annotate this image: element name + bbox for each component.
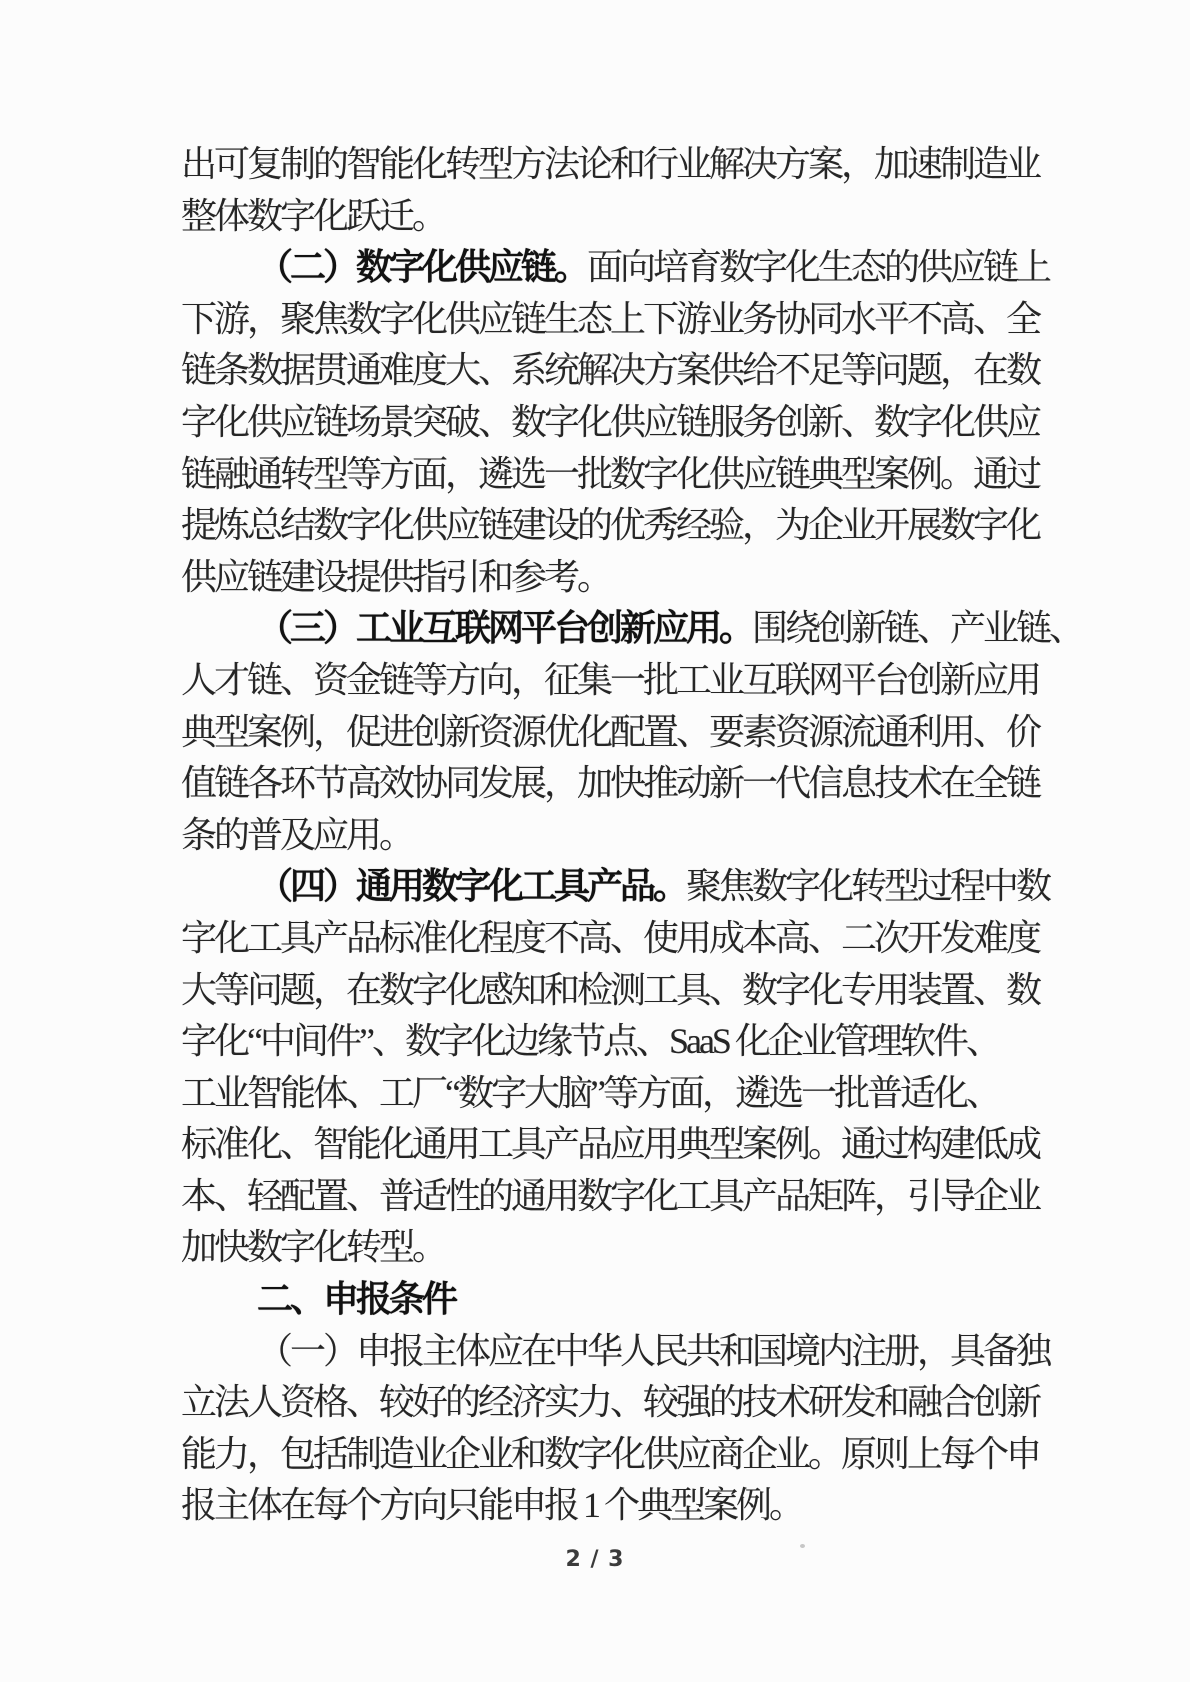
line-text: 人才链、资金链等方向，征集一批工业互联网平台创新应用 [181, 660, 1039, 700]
section-heading: （三）工业互联网平台创新应用。 [257, 608, 752, 648]
text-line: 链条数据贯通难度大、系统解决方案供给不足等问题，在数 [181, 345, 1061, 397]
text-line: 人才链、资金链等方向，征集一批工业互联网平台创新应用 [181, 655, 1061, 707]
text-line-with-heading: 二、申报条件 [181, 1274, 1061, 1326]
line-text: 典型案例，促进创新资源优化配置、要素资源流通利用、价 [181, 712, 1039, 752]
text-line: 大等问题，在数字化感知和检测工具、数字化专用装置、数 [181, 965, 1061, 1017]
line-text: 下游，聚焦数字化供应链生态上下游业务协同水平不高、全 [181, 299, 1039, 339]
line-text: 工业智能体、工厂“数字大脑”等方面，遴选一批普适化、 [181, 1073, 999, 1113]
text-line: 字化供应链场景突破、数字化供应链服务创新、数字化供应 [181, 397, 1061, 449]
text-line: 能力，包括制造业企业和数字化供应商企业。原则上每个申 [181, 1429, 1061, 1481]
text-line: 工业智能体、工厂“数字大脑”等方面，遴选一批普适化、 [181, 1068, 1061, 1120]
line-text: 字化工具产品标准化程度不高、使用成本高、二次开发难度 [181, 918, 1039, 958]
text-line: 典型案例，促进创新资源优化配置、要素资源流通利用、价 [181, 707, 1061, 759]
line-text: 条的普及应用。 [181, 815, 412, 855]
text-line: 下游，聚焦数字化供应链生态上下游业务协同水平不高、全 [181, 294, 1061, 346]
line-text: 报主体在每个方向只能申报 1 个典型案例。 [181, 1485, 802, 1525]
document-page: 出可复制的智能化转型方法论和行业解决方案，加速制造业整体数字化跃迁。（二）数字化… [0, 0, 1190, 1682]
line-text: （一）申报主体应在中华人民共和国境内注册，具备独 [257, 1331, 1049, 1371]
text-line-with-heading: （四）通用数字化工具产品。聚焦数字化转型过程中数 [181, 861, 1061, 913]
text-line-with-heading: （三）工业互联网平台创新应用。围绕创新链、产业链、 [181, 603, 1061, 655]
line-text: 提炼总结数字化供应链建设的优秀经验，为企业开展数字化 [181, 505, 1039, 545]
text-line: 链融通转型等方面，遴选一批数字化供应链典型案例。通过 [181, 449, 1061, 501]
line-text: 整体数字化跃迁。 [181, 196, 445, 236]
text-line: 字化“中间件”、数字化边缘节点、SaaS 化企业管理软件、 [181, 1016, 1061, 1068]
page-number: 2 / 3 [0, 1547, 1190, 1572]
text-line: 本、轻配置、普适性的通用数字化工具产品矩阵，引导企业 [181, 1171, 1061, 1223]
text-line-with-heading: （二）数字化供应链。面向培育数字化生态的供应链上 [181, 242, 1061, 294]
line-text: 加快数字化转型。 [181, 1227, 445, 1267]
text-line: 值链各环节高效协同发展，加快推动新一代信息技术在全链 [181, 758, 1061, 810]
text-line: 提炼总结数字化供应链建设的优秀经验，为企业开展数字化 [181, 500, 1061, 552]
line-text: 能力，包括制造业企业和数字化供应商企业。原则上每个申 [181, 1434, 1039, 1474]
line-text: 聚焦数字化转型过程中数 [686, 866, 1049, 906]
text-line: 整体数字化跃迁。 [181, 191, 1061, 243]
line-text: 值链各环节高效协同发展，加快推动新一代信息技术在全链 [181, 763, 1039, 803]
line-text: 链条数据贯通难度大、系统解决方案供给不足等问题，在数 [181, 350, 1039, 390]
line-text: 围绕创新链、产业链、 [752, 608, 1082, 648]
line-text: 面向培育数字化生态的供应链上 [587, 247, 1049, 287]
text-line: 报主体在每个方向只能申报 1 个典型案例。 [181, 1480, 1061, 1532]
line-text: 字化供应链场景突破、数字化供应链服务创新、数字化供应 [181, 402, 1039, 442]
section-heading: （二）数字化供应链。 [257, 247, 587, 287]
scan-artifact-dot [800, 1544, 805, 1548]
line-text: 标准化、智能化通用工具产品应用典型案例。通过构建低成 [181, 1124, 1039, 1164]
line-text: 出可复制的智能化转型方法论和行业解决方案，加速制造业 [181, 144, 1039, 184]
line-text: 本、轻配置、普适性的通用数字化工具产品矩阵，引导企业 [181, 1176, 1039, 1216]
document-body: 出可复制的智能化转型方法论和行业解决方案，加速制造业整体数字化跃迁。（二）数字化… [181, 139, 1061, 1532]
text-line: 出可复制的智能化转型方法论和行业解决方案，加速制造业 [181, 139, 1061, 191]
text-line: 立法人资格、较好的经济实力、较强的技术研发和融合创新 [181, 1377, 1061, 1429]
line-text: 大等问题，在数字化感知和检测工具、数字化专用装置、数 [181, 970, 1039, 1010]
line-text: 立法人资格、较好的经济实力、较强的技术研发和融合创新 [181, 1382, 1039, 1422]
section-heading: （四）通用数字化工具产品。 [257, 866, 686, 906]
text-line: 供应链建设提供指引和参考。 [181, 552, 1061, 604]
text-line: 字化工具产品标准化程度不高、使用成本高、二次开发难度 [181, 913, 1061, 965]
text-line: 标准化、智能化通用工具产品应用典型案例。通过构建低成 [181, 1119, 1061, 1171]
text-line: 条的普及应用。 [181, 810, 1061, 862]
text-line: 加快数字化转型。 [181, 1222, 1061, 1274]
line-text: 字化“中间件”、数字化边缘节点、SaaS 化企业管理软件、 [181, 1021, 999, 1061]
section-heading: 二、申报条件 [257, 1279, 455, 1319]
text-line: （一）申报主体应在中华人民共和国境内注册，具备独 [181, 1326, 1061, 1378]
line-text: 供应链建设提供指引和参考。 [181, 557, 610, 597]
line-text: 链融通转型等方面，遴选一批数字化供应链典型案例。通过 [181, 454, 1039, 494]
